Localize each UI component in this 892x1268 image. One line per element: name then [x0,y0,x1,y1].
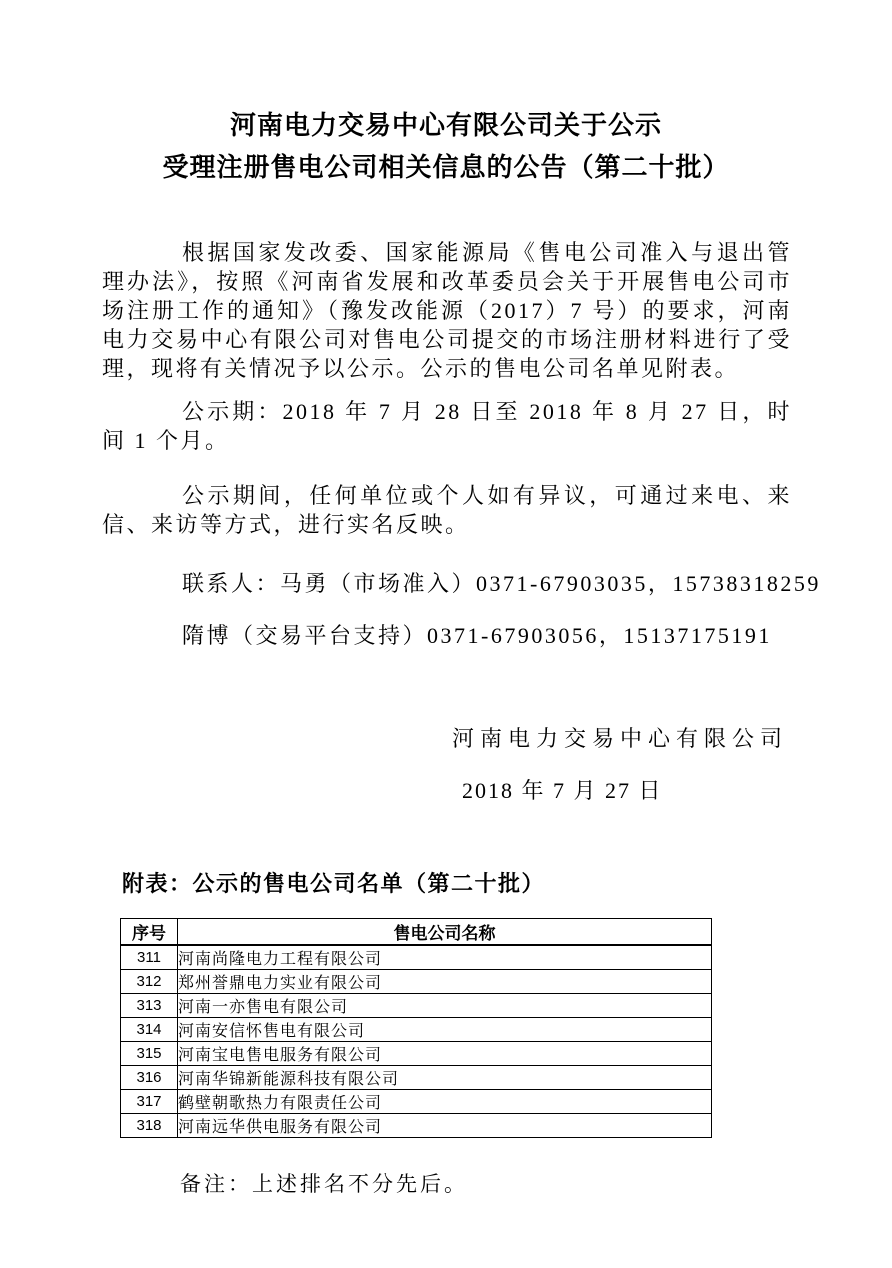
row-serial: 315 [121,1042,178,1066]
table-header-row: 序号 售电公司名称 [121,919,712,946]
table-row: 313 河南一亦售电有限公司 [121,994,712,1018]
note-line: 备注：上述排名不分先后。 [180,1168,792,1198]
document-title-line1: 河南电力交易中心有限公司关于公示 [0,104,892,146]
contact-line-market-admission: 联系人：马勇（市场准入）0371-67903035，15738318259 [182,567,792,598]
row-serial: 311 [121,945,178,970]
row-company-name: 河南安信怀售电有限公司 [178,1018,712,1042]
table-row: 318 河南远华供电服务有限公司 [121,1114,712,1138]
row-company-name: 河南远华供电服务有限公司 [178,1114,712,1138]
paragraph-publicity-period: 公示期：2018 年 7 月 28 日至 2018 年 8 月 27 日，时间 … [102,397,792,455]
table-row: 312 郑州誉鼎电力实业有限公司 [121,970,712,994]
document-body: 根据国家发改委、国家能源局《售电公司准入与退出管理办法》，按照《河南省发展和改革… [102,238,792,1198]
table-header-serial: 序号 [121,919,178,946]
contact-line-platform-support: 隋博（交易平台支持）0371-67903056，15137175191 [182,619,792,650]
signature-company: 河南电力交易中心有限公司 [452,722,792,753]
table-row: 315 河南宝电售电服务有限公司 [121,1042,712,1066]
table-header-company-name: 售电公司名称 [178,919,712,946]
row-serial: 314 [121,1018,178,1042]
paragraph-intro: 根据国家发改委、国家能源局《售电公司准入与退出管理办法》，按照《河南省发展和改革… [102,238,792,383]
table-row: 317 鹤壁朝歌热力有限责任公司 [121,1090,712,1114]
row-serial: 317 [121,1090,178,1114]
row-serial: 318 [121,1114,178,1138]
row-serial: 313 [121,994,178,1018]
row-serial: 316 [121,1066,178,1090]
table-row: 316 河南华锦新能源科技有限公司 [121,1066,712,1090]
table-row: 314 河南安信怀售电有限公司 [121,1018,712,1042]
row-company-name: 河南华锦新能源科技有限公司 [178,1066,712,1090]
row-company-name: 鹤壁朝歌热力有限责任公司 [178,1090,712,1114]
row-company-name: 河南尚隆电力工程有限公司 [178,945,712,970]
row-company-name: 郑州誉鼎电力实业有限公司 [178,970,712,994]
company-table: 序号 售电公司名称 311 河南尚隆电力工程有限公司 312 郑州誉鼎电力实业有… [120,918,712,1138]
document-page: 河南电力交易中心有限公司关于公示 受理注册售电公司相关信息的公告（第二十批） 根… [0,0,892,1268]
row-company-name: 河南一亦售电有限公司 [178,994,712,1018]
row-company-name: 河南宝电售电服务有限公司 [178,1042,712,1066]
row-serial: 312 [121,970,178,994]
signature-date: 2018 年 7 月 27 日 [462,774,792,805]
table-row: 311 河南尚隆电力工程有限公司 [121,945,712,970]
document-title-line2: 受理注册售电公司相关信息的公告（第二十批） [0,146,892,188]
paragraph-objection: 公示期间，任何单位或个人如有异议，可通过来电、来信、来访等方式，进行实名反映。 [102,481,792,539]
attachment-heading: 附表：公示的售电公司名单（第二十批） [122,867,792,898]
